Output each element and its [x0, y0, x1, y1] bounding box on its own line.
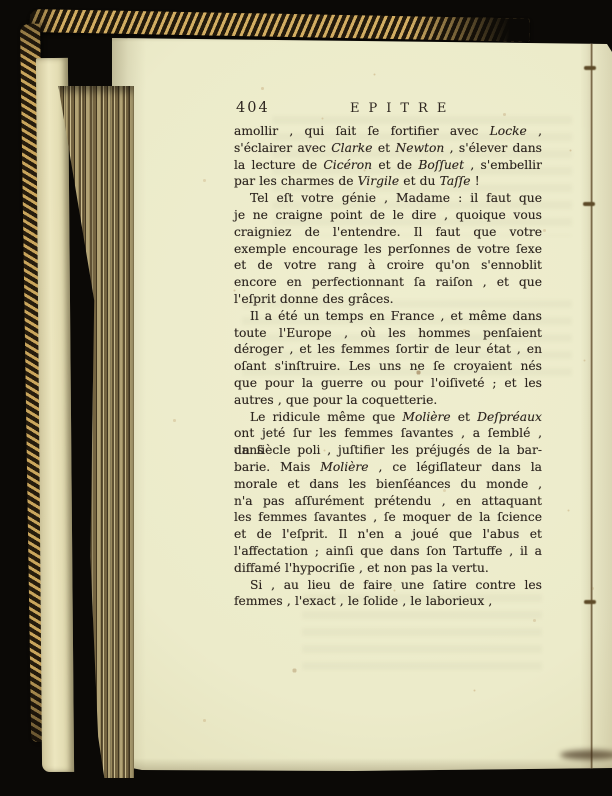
gilt-cover-top-edge	[30, 9, 530, 42]
text-line: déroger , et les femmes ſortir de leur é…	[234, 341, 542, 358]
text-line: craigniez de l'entendre. Il faut que vot…	[234, 224, 542, 241]
text-line: Il a été un temps en France , et même da…	[234, 308, 542, 325]
text-line: diffamé l'hypocriſie , et non pas la ver…	[234, 560, 542, 577]
text-line: autres , que pour la coquetterie.	[234, 392, 542, 409]
text-line: la lecture de Cicéron et de Boſſuet , s'…	[234, 157, 542, 174]
text-line: ont jeté ſur les femmes ſavantes , a ſem…	[234, 425, 542, 442]
text-line: Tel eſt votre génie , Madame : il faut q…	[234, 190, 542, 207]
text-line: s'éclairer avec Clarke et Newton , s'éle…	[234, 140, 542, 157]
text-line: par les charmes de Virgile et du Taſſe !	[234, 173, 542, 190]
binding-stitch-mark	[584, 600, 596, 604]
text-line: et de l'eſprit. Il n'en a joué que l'abu…	[234, 526, 542, 543]
text-line: morale et dans les bienſéances du monde …	[234, 476, 542, 493]
text-line: l'eſprit donne des grâces.	[234, 291, 542, 308]
page-number: 404	[236, 100, 270, 116]
text-line: toute l'Europe , où les hommes penſaient	[234, 325, 542, 342]
text-line: encore en perfectionnant ſa raiſon , et …	[234, 274, 542, 291]
book-scan: 404 EPITRE amollir , qui ſait ſe fortifi…	[0, 0, 612, 796]
text-line: n'a pas aſſurément prétendu , en attaqua…	[234, 493, 542, 510]
page-bottom-shadow	[560, 750, 612, 760]
text-line: exemple encourage les perſonnes de votre…	[234, 241, 542, 258]
printed-text-block: 404 EPITRE amollir , qui ſait ſe fortifi…	[234, 100, 542, 610]
text-line: un ſiècle poli , juſtifier les préjugés …	[234, 442, 542, 459]
text-line: Si , au lieu de faire une ſatire contre …	[234, 577, 542, 594]
running-title: EPITRE	[350, 101, 455, 116]
binding-stitch-mark	[583, 202, 595, 206]
binding-stitch-mark	[584, 66, 596, 70]
text-body: amollir , qui ſait ſe fortifier avec Loc…	[234, 123, 542, 610]
text-line: barie. Mais Molière , ce légiſlateur dan…	[234, 459, 542, 476]
text-line: et de votre rang à croire qu'on s'ennobl…	[234, 257, 542, 274]
text-line: je ne craigne point de le dire , quoique…	[234, 207, 542, 224]
endpaper-strip	[36, 58, 74, 772]
text-line: l'affectation ; ainſi que dans ſon Tartu…	[234, 543, 542, 560]
text-line: oſant s'inſtruire. Les uns ne ſe croyaie…	[234, 358, 542, 375]
text-line: les femmes ſavantes , ſe moquer de la ſc…	[234, 509, 542, 526]
page-header: 404 EPITRE	[234, 100, 542, 117]
gutter-crease-line	[590, 34, 593, 772]
text-line: Le ridicule même que Molière et Deſpréau…	[234, 409, 542, 426]
text-line: femmes , l'exact , le ſolide , le labori…	[234, 593, 542, 610]
text-line: que pour la guerre ou pour l'oiſiveté ; …	[234, 375, 542, 392]
text-line: amollir , qui ſait ſe fortifier avec Loc…	[234, 123, 542, 140]
